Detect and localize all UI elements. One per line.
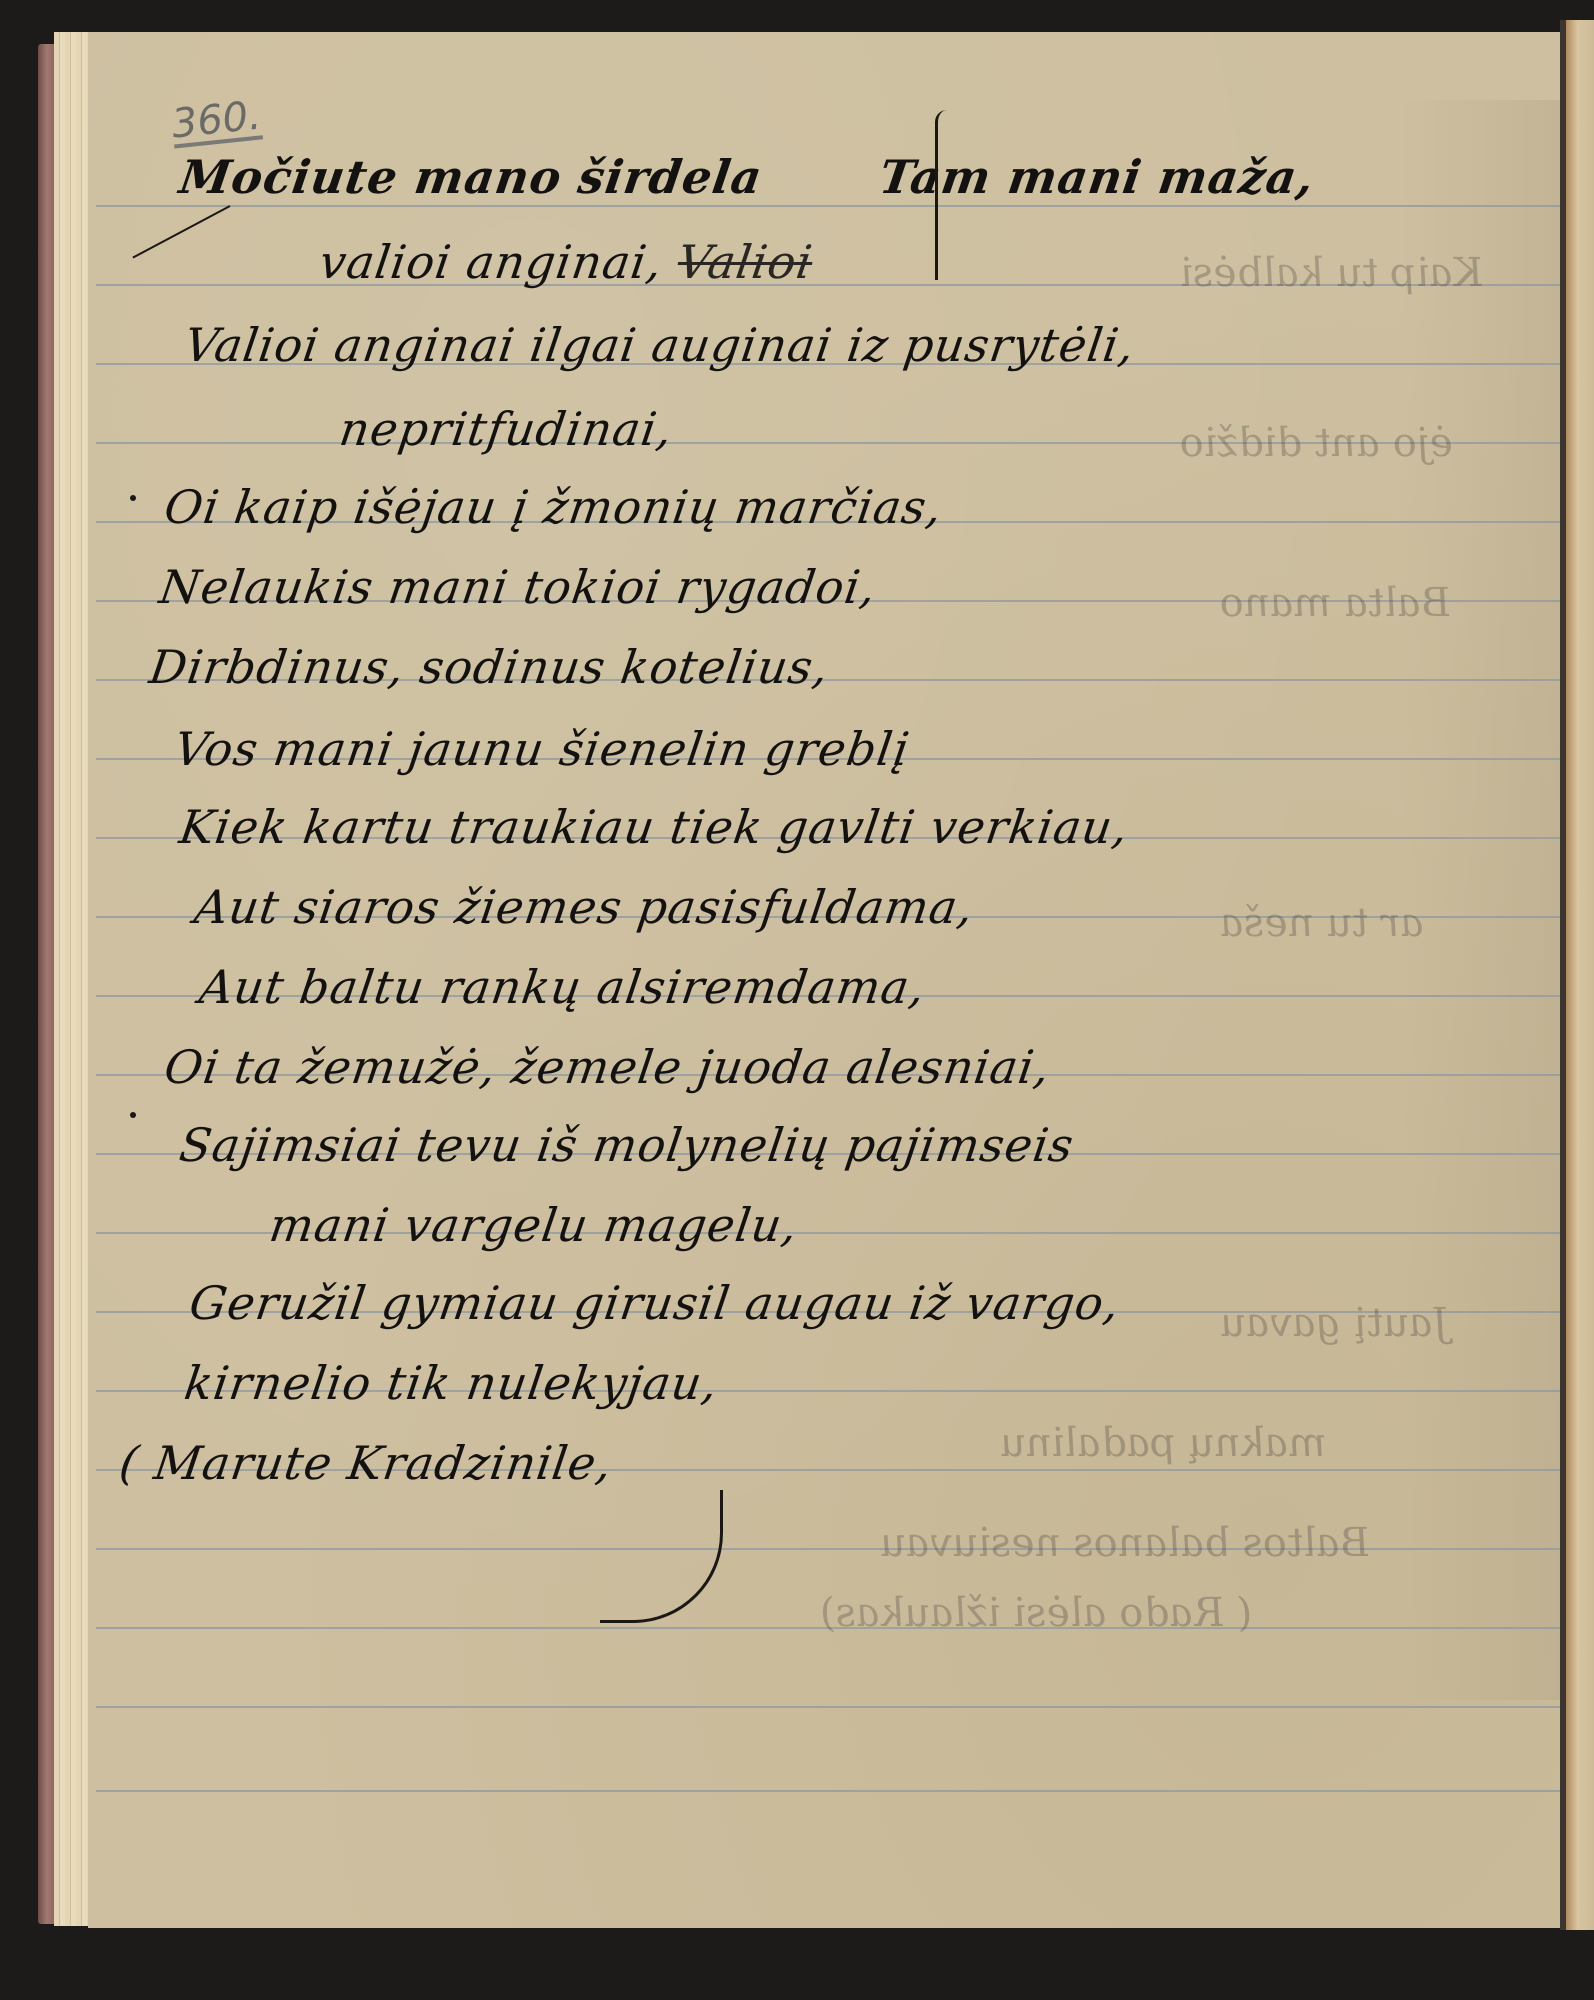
song-line-13: Sajimsiai tevu iš molynelių pajimseis	[176, 1118, 1077, 1172]
song-line-7: Dirbdinus, sodinus kotelius,	[146, 640, 832, 694]
song-line-14: mani vargelu magelu,	[266, 1198, 801, 1252]
song-line-4: nepritfudinai,	[336, 402, 676, 456]
ruled-line	[96, 1706, 1560, 1708]
song-line-3: Valioi anginai ilgai auginai iz pusrytėl…	[181, 318, 1138, 372]
show-through-text: Kaip tu kalbėsi	[1177, 250, 1486, 296]
song-line-10: Aut siaros žiemes pasisfuldama,	[191, 880, 977, 934]
adjacent-page-edge	[1566, 20, 1594, 1930]
ink-dot	[130, 495, 136, 501]
song-line-6: Nelaukis mani tokioi rygadoi,	[156, 560, 880, 614]
song-line-5: Oi kaip išėjau į žmonių marčias,	[161, 480, 946, 534]
show-through-text: ėjo ant didžio	[1177, 420, 1457, 466]
song-line-16: kirnelio tik nulekyjau,	[181, 1356, 721, 1410]
show-through-text: maknų padalinu	[997, 1420, 1330, 1466]
song-line-12: Oi ta žemužė, žemele juoda alesniai,	[161, 1040, 1054, 1094]
ink-dot	[130, 1112, 136, 1118]
show-through-text: Balta mano	[1217, 580, 1454, 626]
show-through-text: Baltos balanos nesiuvau	[877, 1520, 1373, 1566]
page-number: 360.	[170, 95, 263, 148]
show-through-text: Jautį gavau	[1217, 1300, 1452, 1346]
ruled-line	[96, 205, 1560, 207]
show-through-text: ar tu neša	[1217, 900, 1428, 946]
song-line-8: Vos mani jaunu šienelin greblį	[171, 722, 912, 776]
show-through-text: ( Rado alėsi ižlaukas)	[817, 1590, 1256, 1636]
song-line-9: Kiek kartu traukiau tiek gavlti verkiau,	[176, 800, 1132, 854]
song-line-11: Aut baltu rankų alsiremdama,	[196, 960, 929, 1014]
song-line-1: Močiute mano širdela	[176, 150, 766, 204]
song-line-signature: ( Marute Kradzinile,	[116, 1436, 616, 1490]
struck-word: Valioi	[674, 235, 816, 289]
ruled-line	[96, 1790, 1560, 1792]
bracket-stroke	[935, 110, 952, 280]
song-line-15: Geružil gymiau girusil augau iž vargo,	[186, 1276, 1123, 1330]
song-line-2: valioi anginai, Valioi	[316, 235, 816, 289]
